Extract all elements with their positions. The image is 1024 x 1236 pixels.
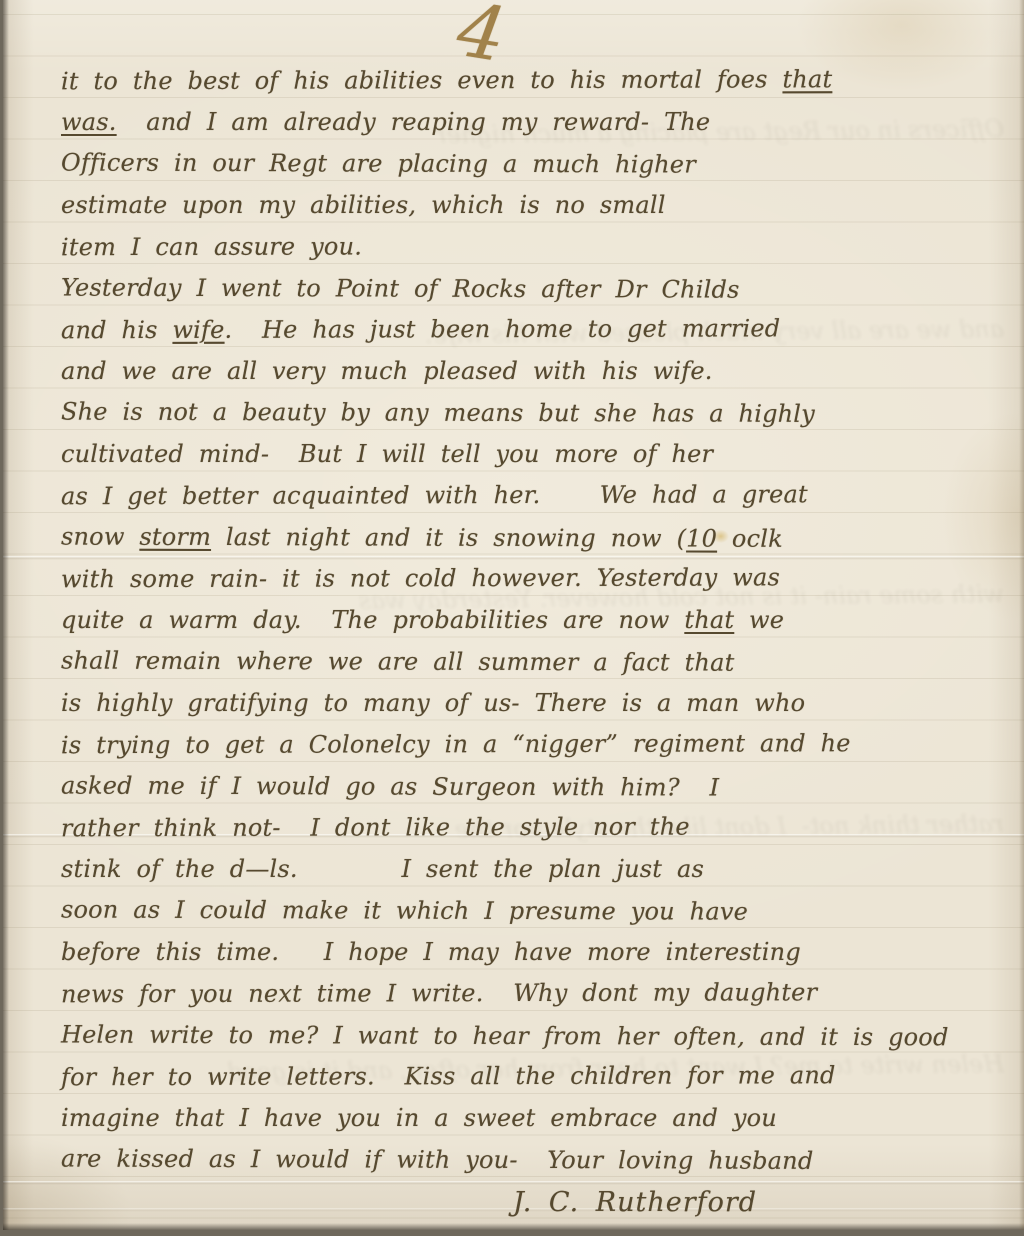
letter-line: asked me if I would go as Surgeon with h… (61, 771, 1000, 815)
letter-line: She is not a beauty by any means but she… (61, 398, 1000, 442)
letter-line: before this time. I hope I may have more… (61, 938, 1000, 980)
letter-line: estimate upon my abilities, which is no … (61, 191, 1000, 233)
letter-line: rather think not- I dont like the style … (61, 812, 1000, 856)
letter-line: news for you next time I write. Why dont… (61, 978, 1000, 1022)
letter-line: for her to write letters. Kiss all the c… (61, 1061, 1000, 1105)
letter-line: is trying to get a Colonelcy in a “nigge… (61, 729, 1000, 773)
letter-line: imagine that I have you in a sweet embra… (61, 1104, 1000, 1146)
letter-line: quite a warm day. The probabilities are … (61, 606, 1000, 648)
letter-line: is highly gratifying to many of us- Ther… (61, 689, 1000, 731)
signature: J. C. Rutherford (61, 1187, 1000, 1229)
letter-line: as I get better acquainted with her. We … (61, 480, 1000, 524)
scan-edge-shadow (3, 1223, 1024, 1230)
letter-line: with some rain- it is not cold however. … (61, 563, 1000, 607)
letter-body: it to the best of his abilities even to … (3, 66, 1024, 1228)
letter-line: Helen write to me? I want to hear from h… (61, 1020, 1000, 1064)
scan-edge-shadow (3, 0, 9, 1230)
letter-line: stink of the d—ls. I sent the plan just … (61, 855, 1000, 897)
letter-line: Officers in our Regt are placing a much … (61, 149, 1000, 193)
letter-line: soon as I could make it which I presume … (61, 896, 1000, 940)
letter-line: was. and I am already reaping my reward-… (61, 108, 1000, 150)
letter-line: and we are all very much pleased with hi… (61, 357, 1000, 399)
letter-line: snow storm last night and it is snowing … (61, 522, 1000, 566)
letter-line: item I can assure you. (61, 231, 1000, 275)
scan-edge-shadow (1019, 0, 1024, 1230)
letter-line: it to the best of his abilities even to … (61, 65, 1000, 109)
letter-line: shall remain where we are all summer a f… (61, 647, 1000, 691)
letter-line: cultivated mind- But I will tell you mor… (61, 440, 1000, 482)
letter-page: Officers in our Regt are placing a much … (3, 0, 1024, 1230)
letter-line: and his wife. He has just been home to g… (61, 314, 1000, 358)
letter-line: Yesterday I went to Point of Rocks after… (61, 273, 1000, 317)
scan-background: { "letter": { "page_number": "4", "lines… (0, 0, 1024, 1236)
letter-line: are kissed as I would if with you- Your … (61, 1145, 1000, 1189)
